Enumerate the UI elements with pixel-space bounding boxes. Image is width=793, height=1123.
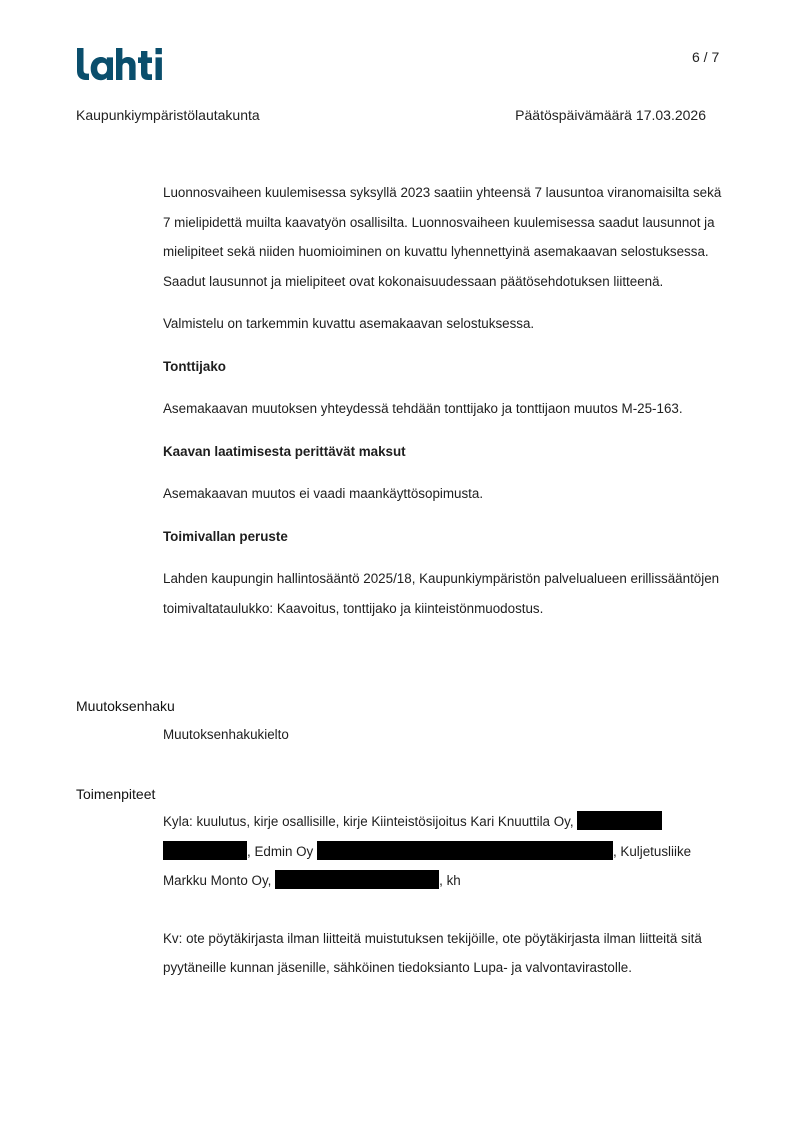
- muutoksenhaku-text: Muutoksenhakukielto: [163, 720, 723, 750]
- page-number: 6 / 7: [692, 49, 719, 65]
- kyla-text-2: , Edmin Oy: [247, 844, 313, 859]
- redacted-block: [317, 841, 613, 860]
- paragraph-maksut: Asemakaavan muutos ei vaadi maankäyttöso…: [163, 479, 723, 509]
- lahti-logo-icon: [75, 46, 167, 82]
- heading-toimivalta: Toimivallan peruste: [163, 522, 723, 552]
- decision-date-value: 17.03.2026: [636, 107, 706, 123]
- kv-distribution: Kv: ote pöytäkirjasta ilman liitteitä mu…: [163, 924, 723, 983]
- paragraph-preparation: Valmistelu on tarkemmin kuvattu asemakaa…: [163, 309, 723, 339]
- kyla-text-1: Kyla: kuulutus, kirje osallisille, kirje…: [163, 814, 574, 829]
- kyla-text-4: , kh: [439, 873, 461, 888]
- document-body: Luonnosvaiheen kuulemisessa syksyllä 202…: [163, 178, 723, 623]
- redacted-block: [275, 870, 439, 889]
- kyla-distribution: Kyla: kuulutus, kirje osallisille, kirje…: [163, 807, 723, 896]
- toimenpiteet-block: Kyla: kuulutus, kirje osallisille, kirje…: [163, 807, 723, 983]
- heading-toimenpiteet: Toimenpiteet: [76, 786, 155, 802]
- paragraph-toimivalta: Lahden kaupungin hallintosääntö 2025/18,…: [163, 564, 723, 623]
- redacted-block: [577, 811, 662, 830]
- lahti-logo: [75, 46, 167, 82]
- decision-date-label: Päätöspäivämäärä: [515, 107, 632, 123]
- decision-date: Päätöspäivämäärä17.03.2026: [511, 107, 706, 123]
- heading-muutoksenhaku: Muutoksenhaku: [76, 698, 175, 714]
- redacted-block: [163, 841, 247, 860]
- paragraph-consultation: Luonnosvaiheen kuulemisessa syksyllä 202…: [163, 178, 723, 296]
- heading-maksut: Kaavan laatimisesta perittävät maksut: [163, 437, 723, 467]
- muutoksenhaku-text-block: Muutoksenhakukielto: [163, 720, 723, 750]
- heading-tonttijako: Tonttijako: [163, 352, 723, 382]
- organization-name: Kaupunkiympäristölautakunta: [76, 107, 260, 123]
- paragraph-tonttijako: Asemakaavan muutoksen yhteydessä tehdään…: [163, 394, 723, 424]
